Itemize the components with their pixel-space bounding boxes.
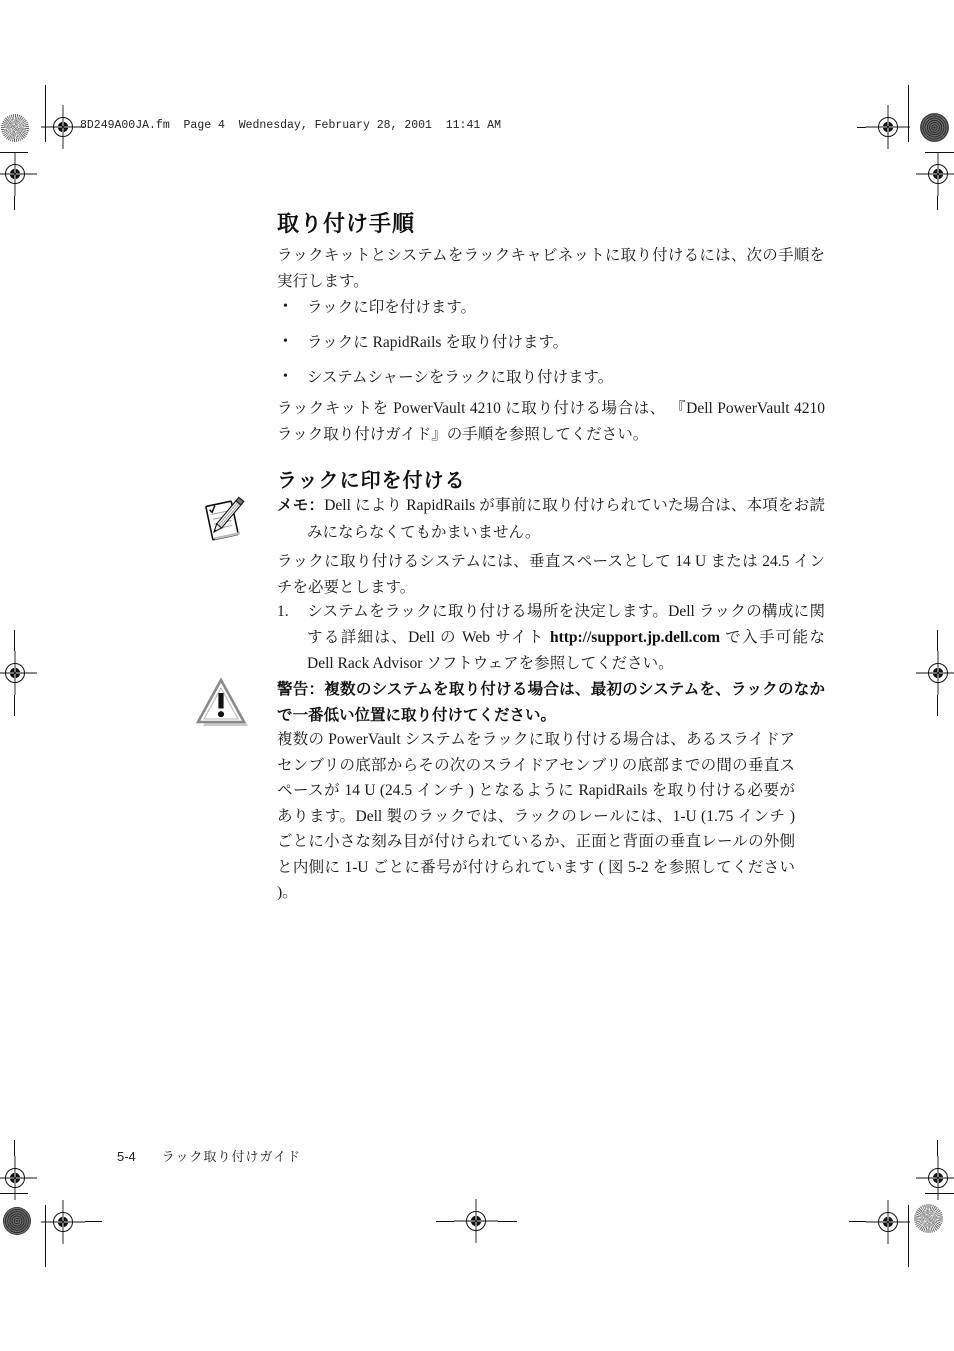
crop-line [849, 1221, 866, 1222]
crop-line [937, 196, 938, 210]
page-footer: 5-4ラック取り付けガイド [117, 1146, 301, 1165]
bullet-text: システムシャーシをラックに取り付けます。 [307, 369, 613, 386]
crop-line [45, 1205, 46, 1267]
color-target-icon [1, 114, 29, 142]
crop-line [45, 85, 46, 142]
space-requirement-paragraph: ラックに取り付けるシステムには、垂直スペースとして 14 U または 24.5 … [277, 549, 825, 601]
crop-line [908, 1205, 909, 1267]
registration-mark [0, 152, 37, 196]
crop-line [14, 630, 15, 651]
color-target-icon [914, 1204, 943, 1233]
registration-mark [0, 651, 37, 695]
note-text: Dell により RapidRails が事前に取り付けられていた場合は、本項を… [307, 497, 825, 541]
crop-line [14, 1140, 15, 1156]
registration-mark [916, 152, 954, 196]
note-block: メモ：Dell により RapidRails が事前に取り付けられていた場合は、… [277, 492, 825, 546]
install-bullet-list: • ラックに印を付けます。 • ラックに RapidRails を取り付けます。… [277, 295, 825, 400]
crop-line [498, 1221, 517, 1222]
crop-line [0, 152, 28, 153]
footer-doc-title: ラック取り付けガイド [162, 1149, 301, 1164]
color-target-icon [3, 1207, 31, 1235]
list-item: • ラックに RapidRails を取り付けます。 [277, 330, 825, 356]
crop-line [937, 1140, 938, 1156]
list-item: • システムシャーシをラックに取り付けます。 [277, 365, 825, 391]
detail-paragraph: 複数の PowerVault システムをラックに取り付ける場合は、あるスライドア… [277, 727, 795, 906]
crop-line [14, 695, 15, 716]
bullet-icon: • [283, 329, 288, 355]
install-reference-paragraph: ラックキットを PowerVault 4210 に取り付ける場合は、 『Dell… [277, 396, 825, 448]
support-url-link[interactable]: http://support.jp.dell.com [550, 629, 720, 646]
crop-line [908, 85, 909, 142]
warning-block: 警告：複数のシステムを取り付ける場合は、最初のシステムを、ラックのなかで一番低い… [277, 677, 825, 729]
crop-line [925, 1193, 954, 1194]
document-page: 8D249A00JA.fm Page 4 Wednesday, February… [0, 0, 954, 1351]
registration-mark [866, 1200, 910, 1244]
bullet-text: ラックに RapidRails を取り付けます。 [307, 334, 568, 351]
crop-line [925, 152, 954, 153]
registration-mark [41, 1200, 85, 1244]
note-label: メモ： [277, 497, 324, 514]
install-intro-paragraph: ラックキットとシステムをラックキャビネットに取り付けるには、次の手順を実行します… [277, 243, 825, 295]
warning-text: 複数のシステムを取り付ける場合は、最初のシステムを、ラックのなかで一番低い位置に… [277, 681, 825, 724]
bullet-text: ラックに印を付けます。 [307, 299, 476, 316]
bullet-icon: • [283, 364, 288, 390]
step-item-1: 1.システムをラックに取り付ける場所を決定します。Dell ラックの構成に関する… [277, 599, 825, 677]
crop-line [937, 630, 938, 651]
section-title-mark-rack: ラックに印を付ける [277, 464, 825, 493]
note-icon [200, 488, 250, 542]
footer-page-number: 5-4 [117, 1149, 136, 1164]
crop-line [937, 695, 938, 716]
crop-line [85, 1221, 102, 1222]
registration-mark [866, 105, 910, 149]
registration-mark [916, 651, 954, 695]
bullet-icon: • [283, 294, 288, 320]
registration-mark [454, 1199, 498, 1243]
crop-line [14, 196, 15, 210]
crop-line [436, 1221, 454, 1222]
color-target-icon [920, 113, 949, 142]
page-header-banner: 8D249A00JA.fm Page 4 Wednesday, February… [80, 119, 501, 132]
step-number: 1. [277, 599, 307, 625]
warning-icon [194, 676, 250, 728]
crop-line [0, 1193, 28, 1194]
section-title-install: 取り付け手順 [277, 207, 825, 238]
warning-label: 警告： [277, 681, 324, 698]
registration-mark [41, 105, 85, 149]
list-item: • ラックに印を付けます。 [277, 295, 825, 321]
crop-line [857, 127, 866, 128]
